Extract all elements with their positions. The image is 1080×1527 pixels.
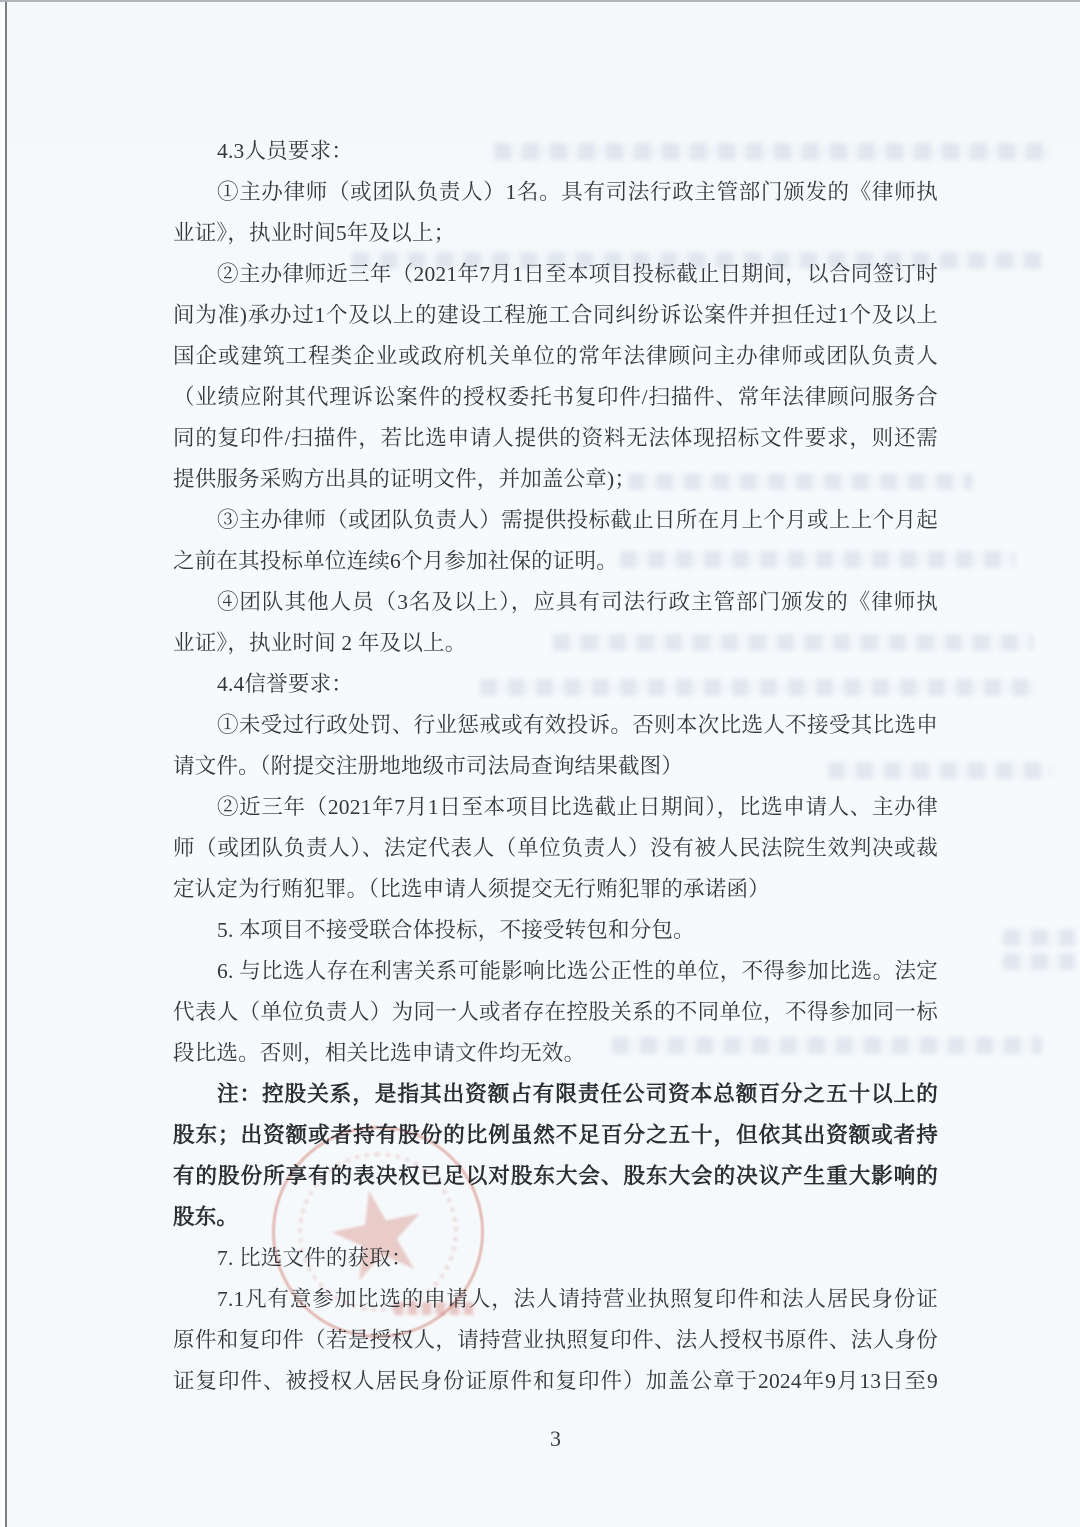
text-line: 间为准)承办过1个及以上的建设工程施工合同纠纷诉讼案件并担任过1个及以上 bbox=[173, 295, 938, 336]
text-line: 股东。 bbox=[173, 1197, 938, 1238]
text-line: 请文件。（附提交注册地地级市司法局查询结果截图） bbox=[173, 746, 938, 787]
text-line: 原件和复印件（若是授权人，请持营业执照复印件、法人授权书原件、法人身份 bbox=[173, 1320, 938, 1361]
text-line: 业证》，执业时间 2 年及以上。 bbox=[173, 623, 938, 664]
scan-left-edge-line bbox=[5, 0, 7, 1527]
text-line: 国企或建筑工程类企业或政府机关单位的常年法律顾问主办律师或团队负责人 bbox=[173, 336, 938, 377]
text-line: （业绩应附其代理诉讼案件的授权委托书复印件/扫描件、常年法律顾问服务合 bbox=[173, 377, 938, 418]
bleed-through-ghost bbox=[1003, 953, 1075, 970]
text-line: 证复印件、被授权人居民身份证原件和复印件）加盖公章于2024年9月13日至9 bbox=[173, 1361, 938, 1402]
text-line: 6. 与比选人存在利害关系可能影响比选公正性的单位，不得参加比选。法定 bbox=[173, 951, 938, 992]
text-line: 业证》，执业时间5年及以上； bbox=[173, 213, 938, 254]
text-line: 4.4信誉要求： bbox=[173, 664, 938, 705]
text-line: 提供服务采购方出具的证明文件，并加盖公章)； bbox=[173, 459, 938, 500]
text-line: 7. 比选文件的获取： bbox=[173, 1238, 938, 1279]
text-line: 段比选。否则，相关比选申请文件均无效。 bbox=[173, 1033, 938, 1074]
text-line: 定认定为行贿犯罪。（比选申请人须提交无行贿犯罪的承诺函） bbox=[173, 869, 938, 910]
text-line: ①主办律师（或团队负责人）1名。具有司法行政主管部门颁发的《律师执 bbox=[173, 172, 938, 213]
scanned-document-page: { "document": { "page_number": "3", "lin… bbox=[0, 0, 1080, 1527]
text-line: ②近三年（2021年7月1日至本项目比选截止日期间），比选申请人、主办律 bbox=[173, 787, 938, 828]
text-line: 代表人（单位负责人）为同一人或者存在控股关系的不同单位，不得参加同一标 bbox=[173, 992, 938, 1033]
text-line: ③主办律师（或团队负责人）需提供投标截止日所在月上个月或上上个月起 bbox=[173, 500, 938, 541]
text-line: 同的复印件/扫描件，若比选申请人提供的资料无法体现招标文件要求，则还需 bbox=[173, 418, 938, 459]
page-number: 3 bbox=[173, 1424, 938, 1454]
text-line: 7.1凡有意参加比选的申请人，法人请持营业执照复印件和法人居民身份证 bbox=[173, 1279, 938, 1320]
text-line: 师（或团队负责人）、法定代表人（单位负责人）没有被人民法院生效判决或裁 bbox=[173, 828, 938, 869]
text-line: 注：控股关系，是指其出资额占有限责任公司资本总额百分之五十以上的 bbox=[173, 1074, 938, 1115]
text-line: 5. 本项目不接受联合体投标，不接受转包和分包。 bbox=[173, 910, 938, 951]
scan-top-edge-line bbox=[0, 0, 1080, 2]
text-line: 4.3人员要求： bbox=[173, 131, 938, 172]
text-line: ①未受过行政处罚、行业惩戒或有效投诉。否则本次比选人不接受其比选申 bbox=[173, 705, 938, 746]
text-line: ④团队其他人员（3名及以上），应具有司法行政主管部门颁发的《律师执 bbox=[173, 582, 938, 623]
bleed-through-ghost bbox=[1003, 929, 1075, 946]
text-line: 股东；出资额或者持有股份的比例虽然不足百分之五十，但依其出资额或者持 bbox=[173, 1115, 938, 1156]
text-line: 之前在其投标单位连续6个月参加社保的证明。 bbox=[173, 541, 938, 582]
document-text: 4.3人员要求：①主办律师（或团队负责人）1名。具有司法行政主管部门颁发的《律师… bbox=[173, 131, 938, 1402]
text-line: ②主办律师近三年（2021年7月1日至本项目投标截止日期间，以合同签订时 bbox=[173, 254, 938, 295]
text-line: 有的股份所享有的表决权已足以对股东大会、股东大会的决议产生重大影响的 bbox=[173, 1156, 938, 1197]
